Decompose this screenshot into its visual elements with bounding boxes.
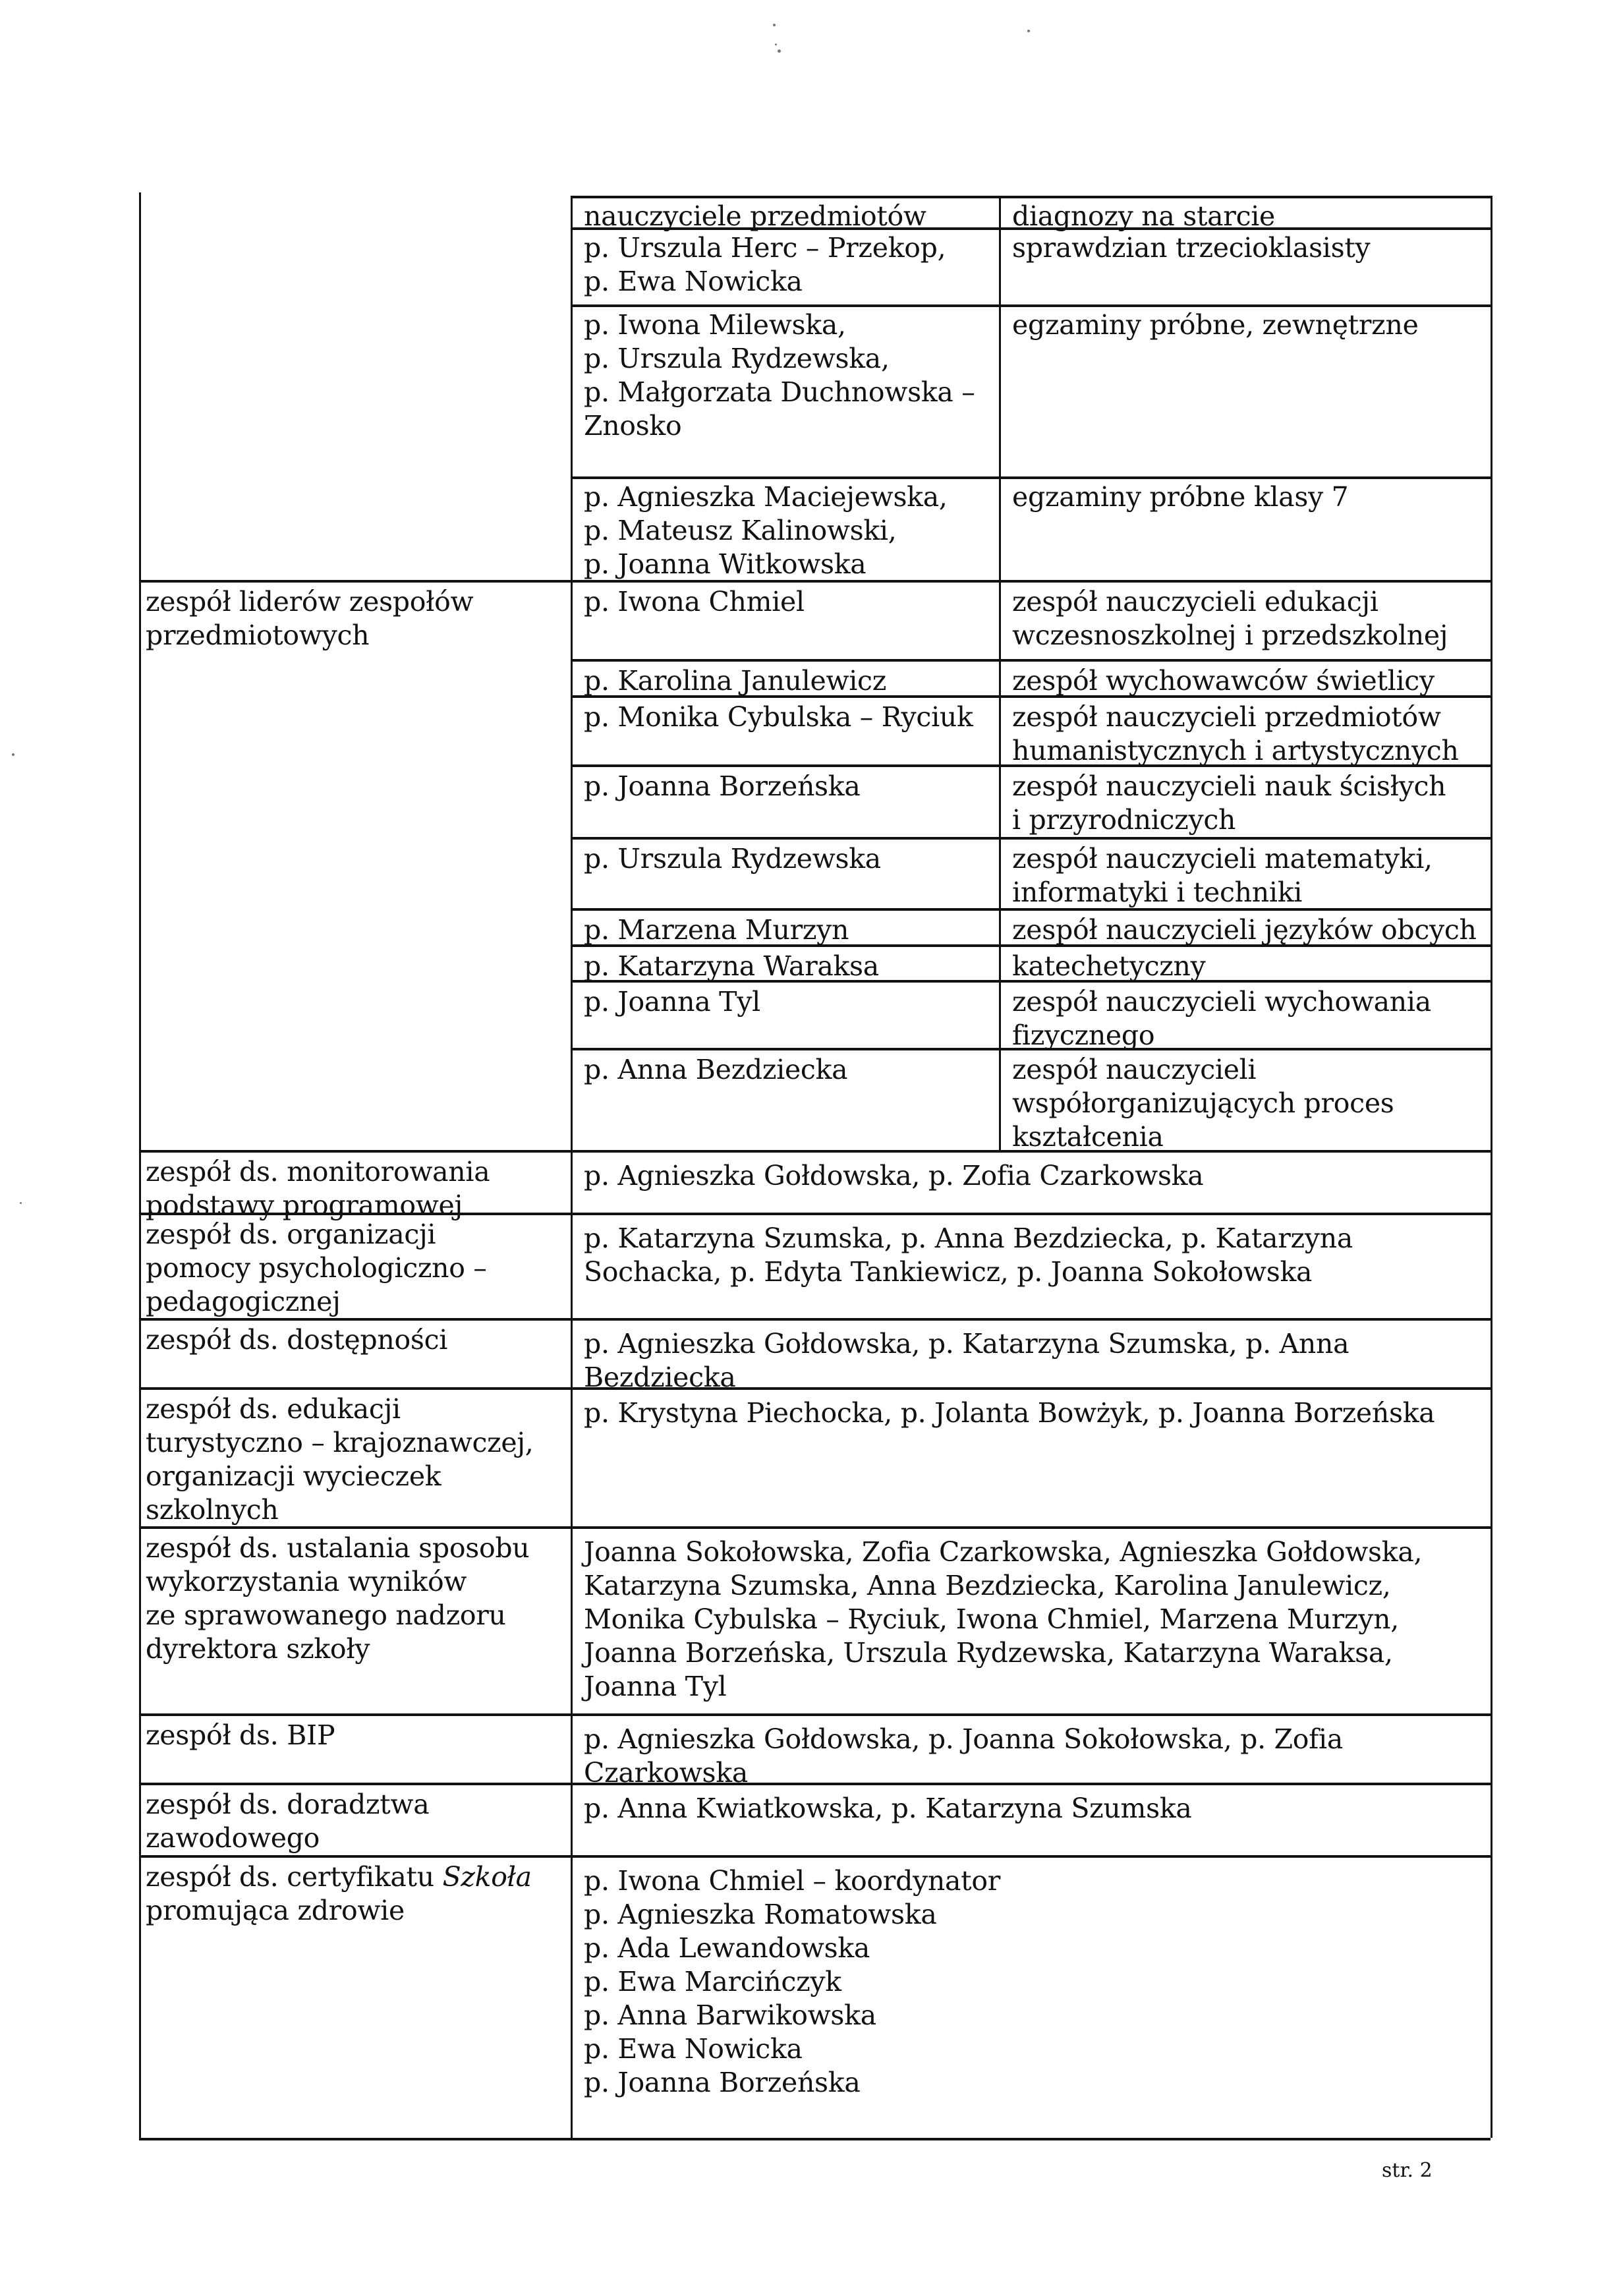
table-left-border	[139, 580, 141, 2138]
row-rule	[139, 1526, 1491, 1529]
team-label-line: zespół ds. certyfikatu Szkoła	[146, 1860, 564, 1894]
row-rule	[139, 1150, 1491, 1153]
members-cell: p. Monika Cybulska – Ryciuk	[584, 701, 999, 734]
team-label: zespół ds. organizacjipomocy psychologic…	[146, 1218, 564, 1319]
text: zespół ds. BIP	[146, 1719, 335, 1751]
team-label-line: pomocy psychologiczno –	[146, 1251, 564, 1285]
team-members: p. Katarzyna Szumska, p. Anna Bezdziecka…	[584, 1222, 1491, 1289]
members-cell: p. Joanna Borzeńska	[584, 770, 999, 803]
row-rule	[571, 944, 1491, 947]
text: podstawy programowej	[146, 1190, 463, 1221]
team-label-line: dyrektora szkoły	[146, 1632, 564, 1666]
team-members-line: p. Agnieszka Gołdowska, p. Katarzyna Szu…	[584, 1327, 1491, 1361]
members-cell-line: p. Iwona Chmiel	[584, 585, 999, 619]
team-members: p. Krystyna Piechocka, p. Jolanta Bowżyk…	[584, 1396, 1491, 1430]
text: p. Iwona Chmiel – koordynator	[584, 1865, 1000, 1897]
text: przedmiotowych	[146, 619, 369, 651]
text: p. Iwona Milewska,	[584, 309, 846, 341]
text: zespół nauczycieli matematyki,	[1012, 843, 1433, 875]
members-cell: p. Anna Bezdziecka	[584, 1053, 999, 1087]
role-cell: zespół nauczycieli przedmiotówhumanistyc…	[1012, 701, 1491, 768]
team-members: Joanna Sokołowska, Zofia Czarkowska, Agn…	[584, 1535, 1491, 1704]
team-members-line: Joanna Sokołowska, Zofia Czarkowska, Agn…	[584, 1535, 1491, 1569]
text: zespół nauczycieli wychowania	[1012, 986, 1431, 1018]
text: szkolnych	[146, 1494, 279, 1526]
members-cell-line: p. Mateusz Kalinowski,	[584, 514, 999, 548]
text: turystyczno – krajoznawczej,	[146, 1427, 534, 1458]
role-cell-line: współorganizujących proces	[1012, 1087, 1491, 1120]
scan-speck	[775, 43, 777, 45]
text: Joanna Borzeńska, Urszula Rydzewska, Kat…	[584, 1637, 1393, 1669]
section-label-line: przedmiotowych	[146, 619, 564, 652]
members-cell: p. Urszula Herc – Przekop,p. Ewa Nowicka	[584, 231, 999, 299]
text: zespół nauczycieli edukacji	[1012, 586, 1378, 617]
members-cell-line: p. Anna Bezdziecka	[584, 1053, 999, 1087]
members-cell: p. Iwona Chmiel	[584, 585, 999, 619]
text: pedagogicznej	[146, 1286, 341, 1317]
text: p. Katarzyna Szumska, p. Anna Bezdziecka…	[584, 1222, 1353, 1254]
row-rule	[571, 837, 1491, 840]
row-rule	[139, 1855, 1491, 1858]
text: zespół ds. doradztwa	[146, 1789, 429, 1820]
members-cell-line: p. Katarzyna Waraksa	[584, 950, 999, 983]
team-members-line: p. Ada Lewandowska	[584, 1932, 1491, 1965]
team-members: p. Agnieszka Gołdowska, p. Joanna Sokoło…	[584, 1723, 1491, 1790]
members-cell-line: p. Urszula Rydzewska	[584, 842, 999, 876]
team-label-line: wykorzystania wyników	[146, 1565, 564, 1599]
text: wczesnoszkolnej i przedszkolnej	[1012, 619, 1448, 651]
role-cell-line: egzaminy próbne klasy 7	[1012, 480, 1491, 514]
text: p. Joanna Borzeńska	[584, 2067, 860, 2098]
role-cell-line: i przyrodniczych	[1012, 803, 1491, 837]
table-column-rule	[571, 1150, 573, 2138]
row-rule	[139, 1387, 1491, 1390]
team-label: zespół ds. doradztwazawodowego	[146, 1788, 564, 1855]
text: p. Anna Kwiatkowska, p. Katarzyna Szumsk…	[584, 1793, 1192, 1824]
scan-speck	[20, 1202, 22, 1204]
row-rule	[571, 304, 1491, 307]
section-label: zespół liderów zespołówprzedmiotowych	[146, 585, 564, 652]
members-cell-line: p. Ewa Nowicka	[584, 265, 999, 299]
members-cell: p. Urszula Rydzewska	[584, 842, 999, 876]
scan-speck	[12, 753, 14, 756]
team-label-line: zawodowego	[146, 1822, 564, 1855]
row-rule	[571, 196, 1491, 198]
team-members-line: p. Agnieszka Romatowska	[584, 1898, 1491, 1932]
text: współorganizujących proces	[1012, 1087, 1394, 1119]
text: p. Joanna Tyl	[584, 986, 760, 1018]
team-members-line: p. Krystyna Piechocka, p. Jolanta Bowżyk…	[584, 1396, 1491, 1430]
members-cell-line: p. Monika Cybulska – Ryciuk	[584, 701, 999, 734]
text: dyrektora szkoły	[146, 1633, 370, 1665]
text: organizacji wycieczek	[146, 1460, 441, 1492]
italic-title: Szkoła	[443, 1861, 532, 1893]
text: p. Monika Cybulska – Ryciuk	[584, 701, 973, 733]
team-members: p. Agnieszka Gołdowska, p. Zofia Czarkow…	[584, 1159, 1491, 1193]
role-cell-line: wczesnoszkolnej i przedszkolnej	[1012, 619, 1491, 652]
row-rule	[571, 227, 1491, 230]
members-cell-line: p. Joanna Witkowska	[584, 548, 999, 581]
text: p. Anna Bezdziecka	[584, 1054, 847, 1085]
text: p. Marzena Murzyn	[584, 914, 849, 946]
scan-speck	[773, 24, 776, 26]
team-label-line: zespół ds. monitorowania	[146, 1155, 564, 1189]
role-cell-line: zespół nauczycieli języków obcych	[1012, 913, 1491, 947]
team-members: p. Anna Kwiatkowska, p. Katarzyna Szumsk…	[584, 1792, 1491, 1825]
members-cell: p. Agnieszka Maciejewska,p. Mateusz Kali…	[584, 480, 999, 581]
text: egzaminy próbne klasy 7	[1012, 481, 1348, 513]
text: p. Ewa Nowicka	[584, 2033, 803, 2065]
team-members-line: p. Katarzyna Szumska, p. Anna Bezdziecka…	[584, 1222, 1491, 1255]
table-left-border	[139, 192, 141, 580]
text: zespół wychowawców świetlicy	[1012, 665, 1434, 697]
text: zespół nauczycieli	[1012, 1054, 1256, 1085]
role-cell: zespół nauczycieli matematyki,informatyk…	[1012, 842, 1491, 909]
text: zespół liderów zespołów	[146, 586, 473, 617]
text: p. Mateusz Kalinowski,	[584, 515, 896, 546]
members-cell-line: p. Urszula Herc – Przekop,	[584, 231, 999, 265]
text: p. Urszula Herc – Przekop,	[584, 232, 946, 264]
role-cell-line: zespół nauczycieli matematyki,	[1012, 842, 1491, 876]
team-members-line: Sochacka, p. Edyta Tankiewicz, p. Joanna…	[584, 1255, 1491, 1289]
team-members-line: Monika Cybulska – Ryciuk, Iwona Chmiel, …	[584, 1603, 1491, 1636]
text: ze sprawowanego nadzoru	[146, 1599, 506, 1631]
team-label-line: organizacji wycieczek	[146, 1460, 564, 1493]
text: p. Ada Lewandowska	[584, 1932, 870, 1964]
row-rule	[139, 1213, 1491, 1215]
members-cell-line: p. Marzena Murzyn	[584, 913, 999, 947]
role-cell-line: informatyki i techniki	[1012, 876, 1491, 909]
members-cell-line: p. Iwona Milewska,	[584, 308, 999, 342]
text: wykorzystania wyników	[146, 1566, 467, 1597]
text: sprawdzian trzecioklasisty	[1012, 232, 1370, 264]
members-cell: p. Iwona Milewska,p. Urszula Rydzewska,p…	[584, 308, 999, 443]
text: p. Joanna Borzeńska	[584, 770, 860, 802]
role-cell-line: katechetyczny	[1012, 950, 1491, 983]
row-rule	[571, 908, 1491, 911]
text: pomocy psychologiczno –	[146, 1252, 487, 1284]
team-label-line: zespół ds. BIP	[146, 1719, 564, 1752]
role-cell: zespół wychowawców świetlicy	[1012, 664, 1491, 698]
members-cell: p. Joanna Tyl	[584, 985, 999, 1019]
team-members-line: p. Anna Kwiatkowska, p. Katarzyna Szumsk…	[584, 1792, 1491, 1825]
role-cell-line: zespół nauczycieli wychowania	[1012, 985, 1491, 1019]
role-cell: zespół nauczycieli języków obcych	[1012, 913, 1491, 947]
team-label-line: zespół ds. organizacji	[146, 1218, 564, 1251]
text: p. Agnieszka Gołdowska, p. Katarzyna Szu…	[584, 1328, 1349, 1360]
members-cell: p. Karolina Janulewicz	[584, 664, 999, 698]
text: p. Karolina Janulewicz	[584, 665, 886, 697]
members-cell-line: p. Joanna Tyl	[584, 985, 999, 1019]
scan-speck	[1027, 30, 1030, 32]
members-cell-line: p. Agnieszka Maciejewska,	[584, 480, 999, 514]
team-label: zespół ds. BIP	[146, 1719, 564, 1752]
text: p. Urszula Rydzewska	[584, 843, 881, 875]
team-members-line: p. Ewa Nowicka	[584, 2032, 1491, 2066]
text: p. Katarzyna Waraksa	[584, 950, 879, 982]
members-cell: p. Marzena Murzyn	[584, 913, 999, 947]
text: egzaminy próbne, zewnętrzne	[1012, 309, 1419, 341]
members-cell-line: p. Karolina Janulewicz	[584, 664, 999, 698]
team-members-line: p. Ewa Marcińczyk	[584, 1965, 1491, 1999]
role-cell: egzaminy próbne klasy 7	[1012, 480, 1491, 514]
text: p. Agnieszka Gołdowska, p. Joanna Sokoło…	[584, 1723, 1343, 1755]
team-label-line: szkolnych	[146, 1493, 564, 1527]
row-rule	[571, 980, 1491, 983]
team-members-line: p. Agnieszka Gołdowska, p. Joanna Sokoło…	[584, 1723, 1491, 1756]
text: zespół nauczycieli języków obcych	[1012, 914, 1477, 946]
team-members-line: Katarzyna Szumska, Anna Bezdziecka, Karo…	[584, 1569, 1491, 1603]
team-members-line: p. Agnieszka Gołdowska, p. Zofia Czarkow…	[584, 1159, 1491, 1193]
team-label-line: zespół ds. dostępności	[146, 1323, 564, 1357]
section-rule	[139, 580, 1491, 583]
text: p. Krystyna Piechocka, p. Jolanta Bowżyk…	[584, 1397, 1434, 1429]
team-label-line: turystyczno – krajoznawczej,	[146, 1426, 564, 1460]
role-cell: zespół nauczycieli nauk ścisłychi przyro…	[1012, 770, 1491, 837]
role-cell-line: zespół nauczycieli nauk ścisłych	[1012, 770, 1491, 803]
text: zespół ds. organizacji	[146, 1219, 436, 1250]
members-cell: p. Katarzyna Waraksa	[584, 950, 999, 983]
row-rule	[571, 1048, 1491, 1050]
text: p. Iwona Chmiel	[584, 586, 805, 617]
row-rule	[139, 1713, 1491, 1716]
text: p. Anna Barwikowska	[584, 1999, 876, 2031]
members-cell-line: p. Urszula Rydzewska,	[584, 342, 999, 376]
text: p. Agnieszka Gołdowska, p. Zofia Czarkow…	[584, 1160, 1203, 1191]
row-rule	[571, 695, 1491, 698]
text: zespół ds. certyfikatu	[146, 1861, 443, 1893]
text: katechetyczny	[1012, 950, 1206, 982]
team-label-line: zespół ds. doradztwa	[146, 1788, 564, 1822]
text: p. Urszula Rydzewska,	[584, 343, 890, 374]
team-label: zespół ds. edukacjiturystyczno – krajozn…	[146, 1392, 564, 1527]
document-page: nauczyciele przedmiotówdiagnozy na starc…	[0, 0, 1619, 2296]
role-cell-line: zespół wychowawców świetlicy	[1012, 664, 1491, 698]
role-cell: egzaminy próbne, zewnętrzne	[1012, 308, 1491, 342]
text: fizycznego	[1012, 1019, 1154, 1051]
table-right-border	[1491, 196, 1492, 2138]
role-cell-line: kształcenia	[1012, 1120, 1491, 1154]
row-rule	[139, 1318, 1491, 1321]
row-rule	[571, 476, 1491, 479]
team-members-line: p. Iwona Chmiel – koordynator	[584, 1864, 1491, 1898]
text: Katarzyna Szumska, Anna Bezdziecka, Karo…	[584, 1570, 1391, 1601]
text: Monika Cybulska – Ryciuk, Iwona Chmiel, …	[584, 1603, 1399, 1635]
team-label-line: promująca zdrowie	[146, 1894, 564, 1928]
text: Joanna Sokołowska, Zofia Czarkowska, Agn…	[584, 1536, 1422, 1568]
members-cell-line: p. Joanna Borzeńska	[584, 770, 999, 803]
team-label-line: zespół ds. edukacji	[146, 1392, 564, 1426]
team-members-line: p. Joanna Borzeńska	[584, 2066, 1491, 2100]
text: Znosko	[584, 410, 681, 442]
text: p. Agnieszka Maciejewska,	[584, 481, 948, 513]
text: humanistycznych i artystycznych	[1012, 735, 1459, 766]
page-number: str. 2	[1382, 2159, 1433, 2182]
row-rule	[139, 1783, 1491, 1785]
section-label-line: zespół liderów zespołów	[146, 585, 564, 619]
role-cell-line: humanistycznych i artystycznych	[1012, 734, 1491, 768]
role-cell: zespół nauczycieli edukacjiwczesnoszkoln…	[1012, 585, 1491, 652]
team-label: zespół ds. dostępności	[146, 1323, 564, 1357]
text: p. Małgorzata Duchnowska –	[584, 376, 975, 408]
members-cell-line: Znosko	[584, 409, 999, 443]
text: zespół ds. dostępności	[146, 1324, 447, 1356]
team-members-line: p. Anna Barwikowska	[584, 1999, 1491, 2032]
team-label-line: zespół ds. ustalania sposobu	[146, 1532, 564, 1565]
text: informatyki i techniki	[1012, 876, 1302, 908]
text: p. Ewa Nowicka	[584, 266, 803, 297]
scan-speck	[778, 49, 781, 53]
row-rule	[571, 659, 1491, 662]
role-cell-line: zespół nauczycieli edukacji	[1012, 585, 1491, 619]
text: zespół nauczycieli nauk ścisłych	[1012, 770, 1446, 802]
text: p. Joanna Witkowska	[584, 548, 866, 580]
text: zespół ds. edukacji	[146, 1393, 401, 1425]
team-label-line: ze sprawowanego nadzoru	[146, 1599, 564, 1632]
team-members-line: Joanna Borzeńska, Urszula Rydzewska, Kat…	[584, 1636, 1491, 1670]
text: promująca zdrowie	[146, 1895, 405, 1926]
text: Sochacka, p. Edyta Tankiewicz, p. Joanna…	[584, 1256, 1312, 1288]
text: p. Ewa Marcińczyk	[584, 1966, 841, 1997]
row-rule	[571, 764, 1491, 767]
text: zawodowego	[146, 1822, 320, 1854]
text: zespół nauczycieli przedmiotów	[1012, 701, 1441, 733]
text: zespół ds. monitorowania	[146, 1156, 490, 1188]
role-cell-line: zespół nauczycieli przedmiotów	[1012, 701, 1491, 734]
role-cell-line: egzaminy próbne, zewnętrzne	[1012, 308, 1491, 342]
text: p. Agnieszka Romatowska	[584, 1899, 936, 1930]
members-cell-line: p. Małgorzata Duchnowska –	[584, 376, 999, 409]
table-column-rule	[571, 196, 573, 1150]
role-cell: zespół nauczycieli wychowaniafizycznego	[1012, 985, 1491, 1052]
team-label: zespół ds. ustalania sposobuwykorzystani…	[146, 1532, 564, 1666]
role-cell: sprawdzian trzecioklasisty	[1012, 231, 1491, 265]
role-cell: zespół nauczycieliwspółorganizujących pr…	[1012, 1053, 1491, 1154]
table-bottom-border	[139, 2138, 1491, 2140]
team-members: p. Iwona Chmiel – koordynatorp. Agnieszk…	[584, 1864, 1491, 2100]
team-members: p. Agnieszka Gołdowska, p. Katarzyna Szu…	[584, 1327, 1491, 1394]
role-cell: katechetyczny	[1012, 950, 1491, 983]
text: zespół ds. ustalania sposobu	[146, 1532, 529, 1564]
team-label: zespół ds. certyfikatu Szkołapromująca z…	[146, 1860, 564, 1928]
team-members-line: Joanna Tyl	[584, 1670, 1491, 1704]
text: i przyrodniczych	[1012, 804, 1236, 836]
role-cell-line: sprawdzian trzecioklasisty	[1012, 231, 1491, 265]
text: Joanna Tyl	[584, 1671, 726, 1702]
text: kształcenia	[1012, 1121, 1164, 1153]
team-label-line: pedagogicznej	[146, 1285, 564, 1319]
role-cell-line: zespół nauczycieli	[1012, 1053, 1491, 1087]
table-column-rule	[999, 196, 1001, 1150]
